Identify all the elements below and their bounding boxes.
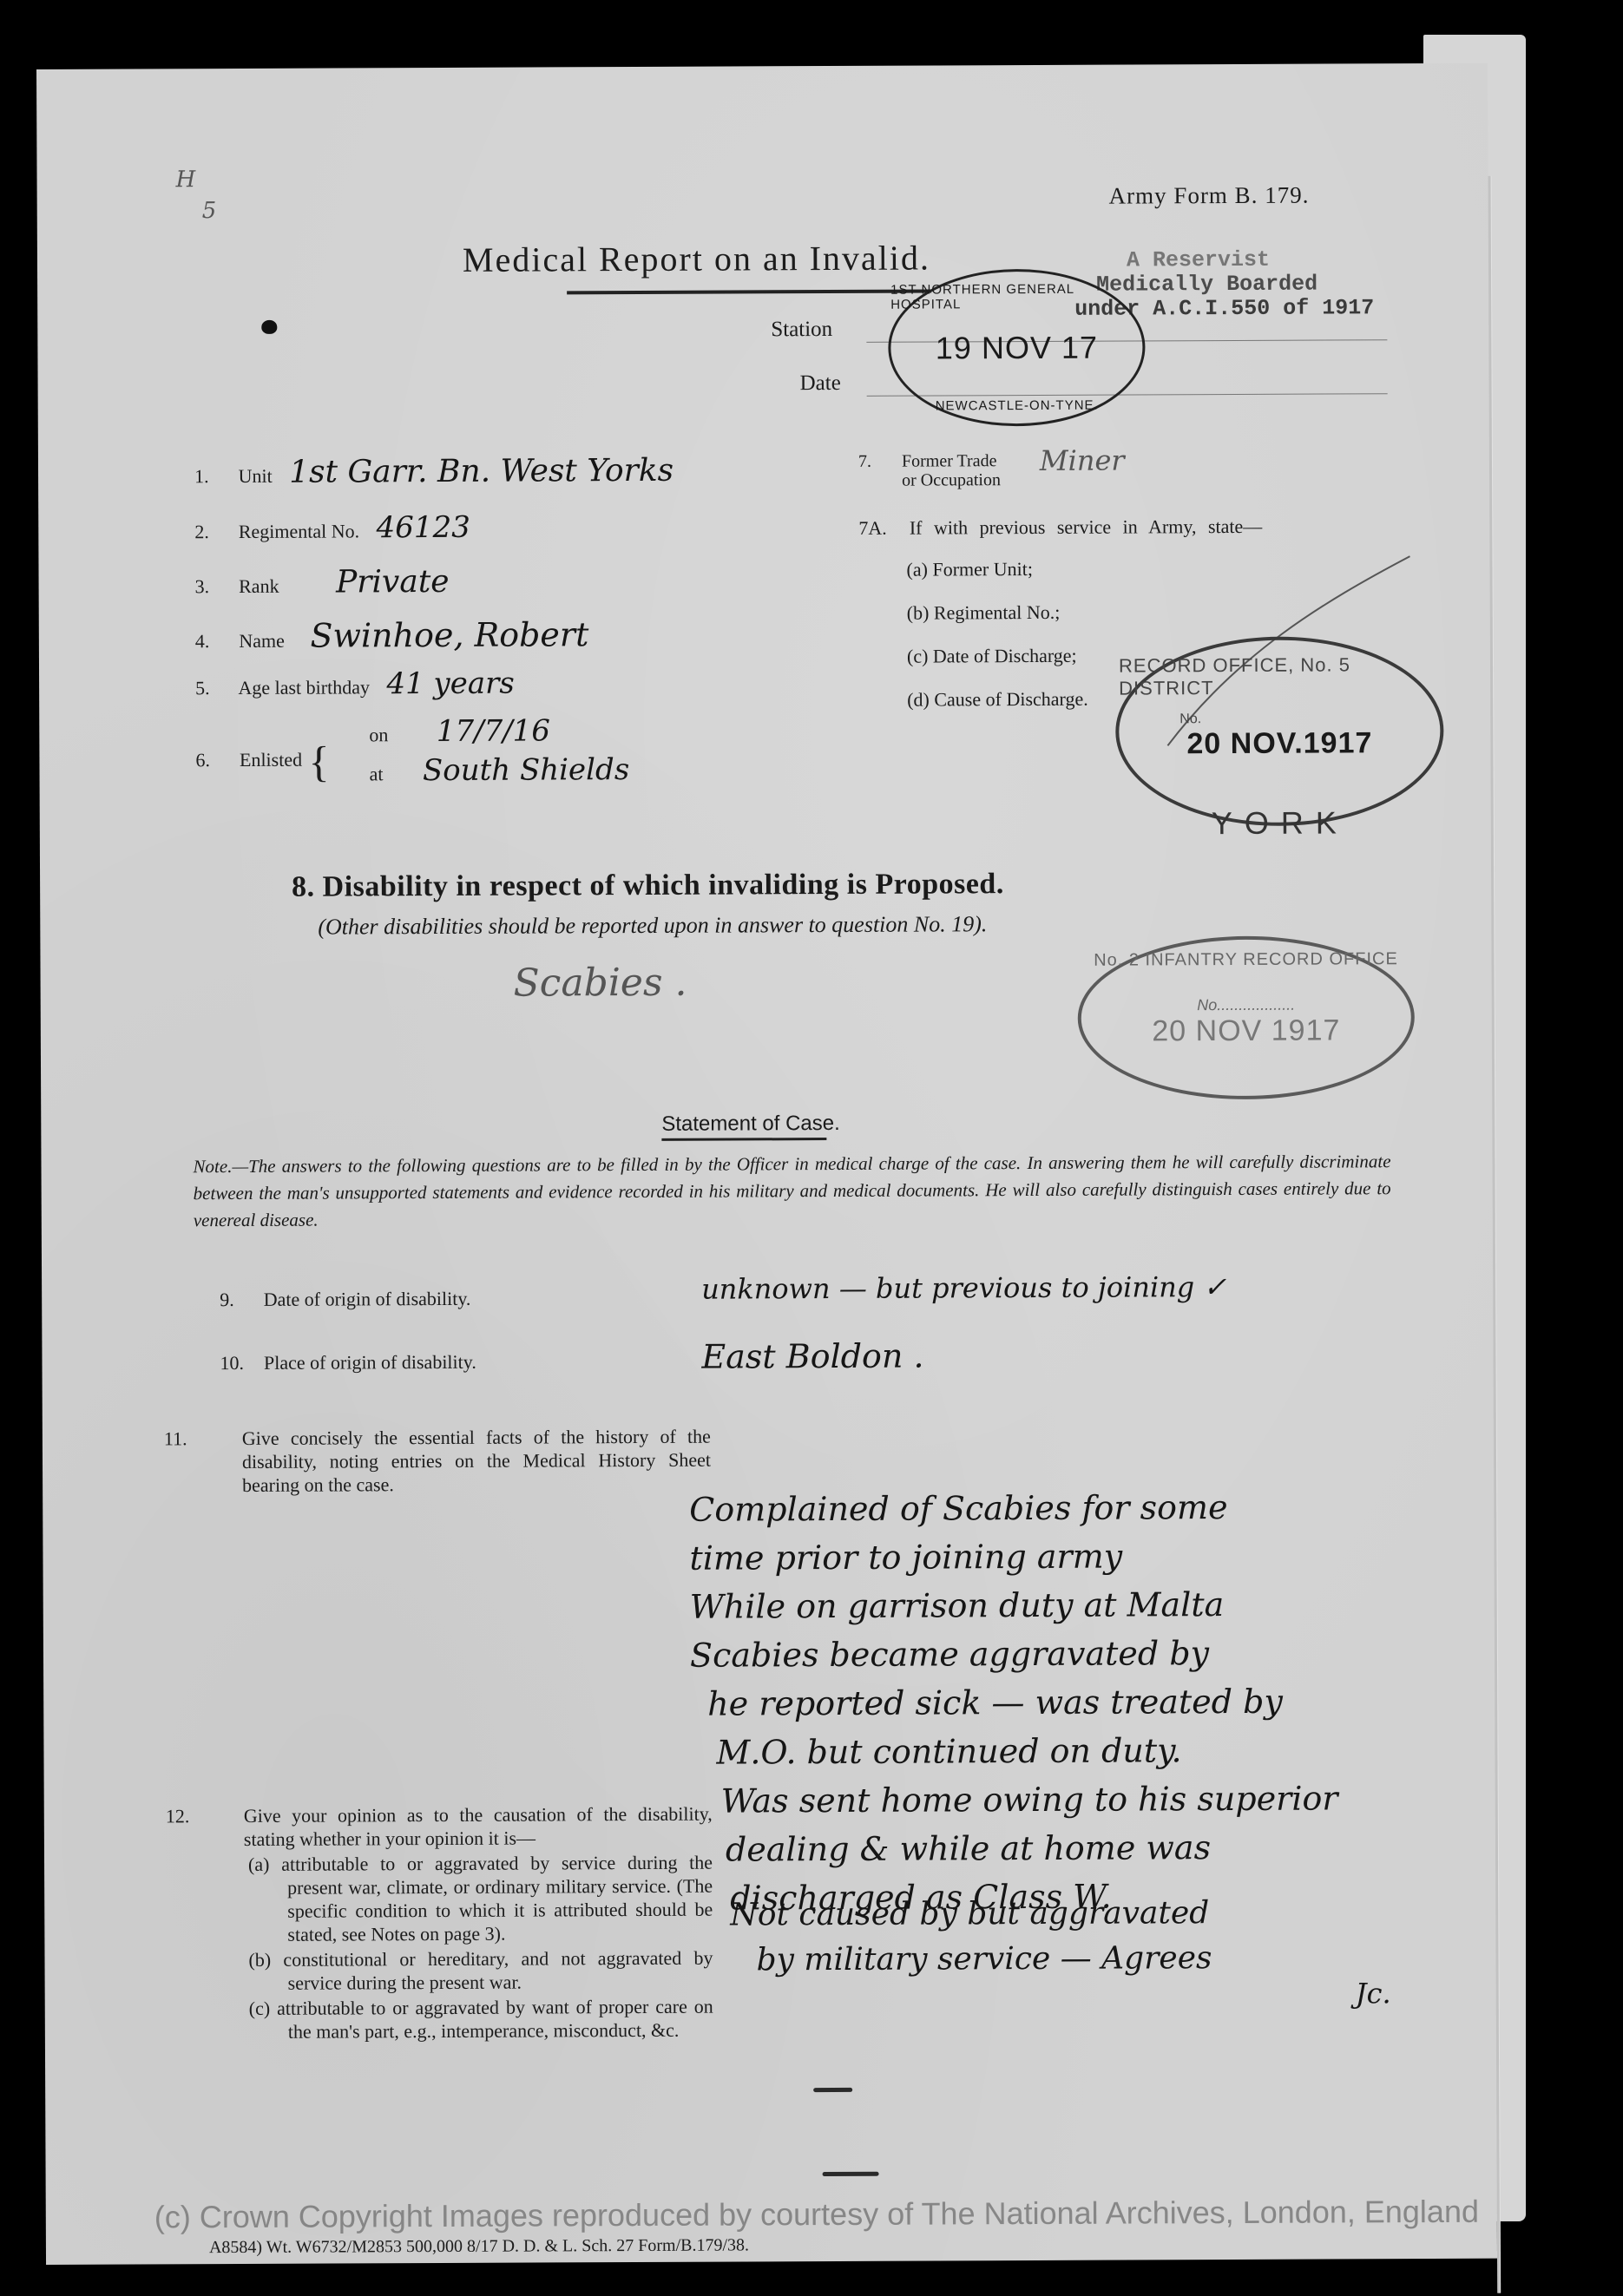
prev-cause-of-discharge: (d) Cause of Discharge. <box>907 688 1088 712</box>
field-rank: 3. Rank Private <box>194 564 449 600</box>
field-regimental-no: 2. Regimental No. 46123 <box>194 510 470 546</box>
infantry-record-stamp: No. 2 INFANTRY RECORD OFFICE No.........… <box>1077 935 1415 1100</box>
q12-option-c: (c) attributable to or aggravated by wan… <box>227 1995 713 2043</box>
punch-hole <box>261 320 277 334</box>
answer-11: Complained of Scabies for some time prio… <box>689 1482 1338 1922</box>
corner-marks: H 5 <box>175 164 216 226</box>
title-underline <box>567 290 931 295</box>
enlisted-on-value: 17/7/16 <box>437 713 550 749</box>
enlisted-at: at South Shields <box>369 752 629 788</box>
copyright-watermark: (c) Crown Copyright Images reproduced by… <box>154 2194 1479 2236</box>
q12-option-a: (a) attributable to or aggravated by ser… <box>227 1851 713 1946</box>
regimental-no-value: 46123 <box>377 510 470 545</box>
statement-underline <box>661 1138 826 1141</box>
hospital-stamp: 1ST NORTHERN GENERAL HOSPITAL 19 NOV 17 … <box>888 268 1146 426</box>
record-office-stamp: RECORD OFFICE, No. 5 DISTRICT No. 20 NOV… <box>1115 636 1444 827</box>
disability-subheading: (Other disabilities should be reported u… <box>318 911 987 940</box>
answer-12b-dash <box>813 2088 852 2092</box>
prev-regimental-no: (b) Regimental No.; <box>907 601 1061 625</box>
answer-9: unknown — but previous to joining ✓ <box>701 1270 1226 1306</box>
answer-12a: Not caused by but aggravated by military… <box>730 1890 1390 2009</box>
field-unit: 1. Unit 1st Garr. Bn. West Yorks <box>194 453 674 490</box>
unit-value: 1st Garr. Bn. West Yorks <box>289 453 674 490</box>
field-former-trade: 7. Former Trade or Occupation Miner <box>858 451 1125 490</box>
answer-12-initials: Jc. <box>731 1980 1391 2009</box>
date-label: Date <box>800 371 841 396</box>
answer-12c-dash <box>823 2172 879 2176</box>
station-label: Station <box>771 318 832 342</box>
question-9: 9. Date of origin of disability. <box>220 1287 470 1311</box>
question-12: 12.Give your opinion as to the causation… <box>205 1802 713 2044</box>
record-office-stamp-date: 20 NOV.1917 <box>1186 726 1372 761</box>
document-page: H 5 Army Form B. 179. Medical Report on … <box>36 63 1497 2265</box>
statement-title: Statement of Case. <box>661 1112 840 1137</box>
former-trade-value: Miner <box>1040 444 1125 477</box>
enlisted-at-value: South Shields <box>423 752 629 788</box>
printer-imprint: A8584) Wt. W6732/M2853 500,000 8/17 D. D… <box>209 2235 749 2258</box>
name-value: Swinhoe, Robert <box>310 615 588 654</box>
answer-10: East Boldon . <box>701 1337 923 1376</box>
enlisted-on: on 17/7/16 <box>369 713 550 749</box>
prev-former-unit: (a) Former Unit; <box>906 558 1033 581</box>
rank-value: Private <box>336 564 450 600</box>
q12-option-b: (b) constitutional or hereditary, and no… <box>227 1946 713 1995</box>
infantry-stamp-date: 20 NOV 1917 <box>1152 1014 1340 1048</box>
field-age: 5. Age last birthday 41 years <box>195 666 515 703</box>
page-title: Medical Report on an Invalid. <box>463 238 930 280</box>
field-enlisted: 6. Enlisted { <box>195 737 329 788</box>
field-previous-service: 7A. If with previous service in Army, st… <box>858 515 1262 540</box>
question-10: 10. Place of origin of disability. <box>220 1350 476 1374</box>
hospital-stamp-date: 19 NOV 17 <box>936 329 1098 366</box>
form-number: Army Form B. 179. <box>1109 182 1310 210</box>
statement-note: Note.—The answers to the following quest… <box>193 1148 1390 1234</box>
age-value: 41 years <box>386 666 515 702</box>
disability-value: Scabies . <box>513 961 687 1006</box>
prev-date-of-discharge: (c) Date of Discharge; <box>907 645 1077 668</box>
disability-heading: 8. Disability in respect of which invali… <box>292 868 1004 904</box>
field-name: 4. Name Swinhoe, Robert <box>195 615 589 655</box>
question-11: 11.Give concisely the essential facts of… <box>203 1425 711 1498</box>
